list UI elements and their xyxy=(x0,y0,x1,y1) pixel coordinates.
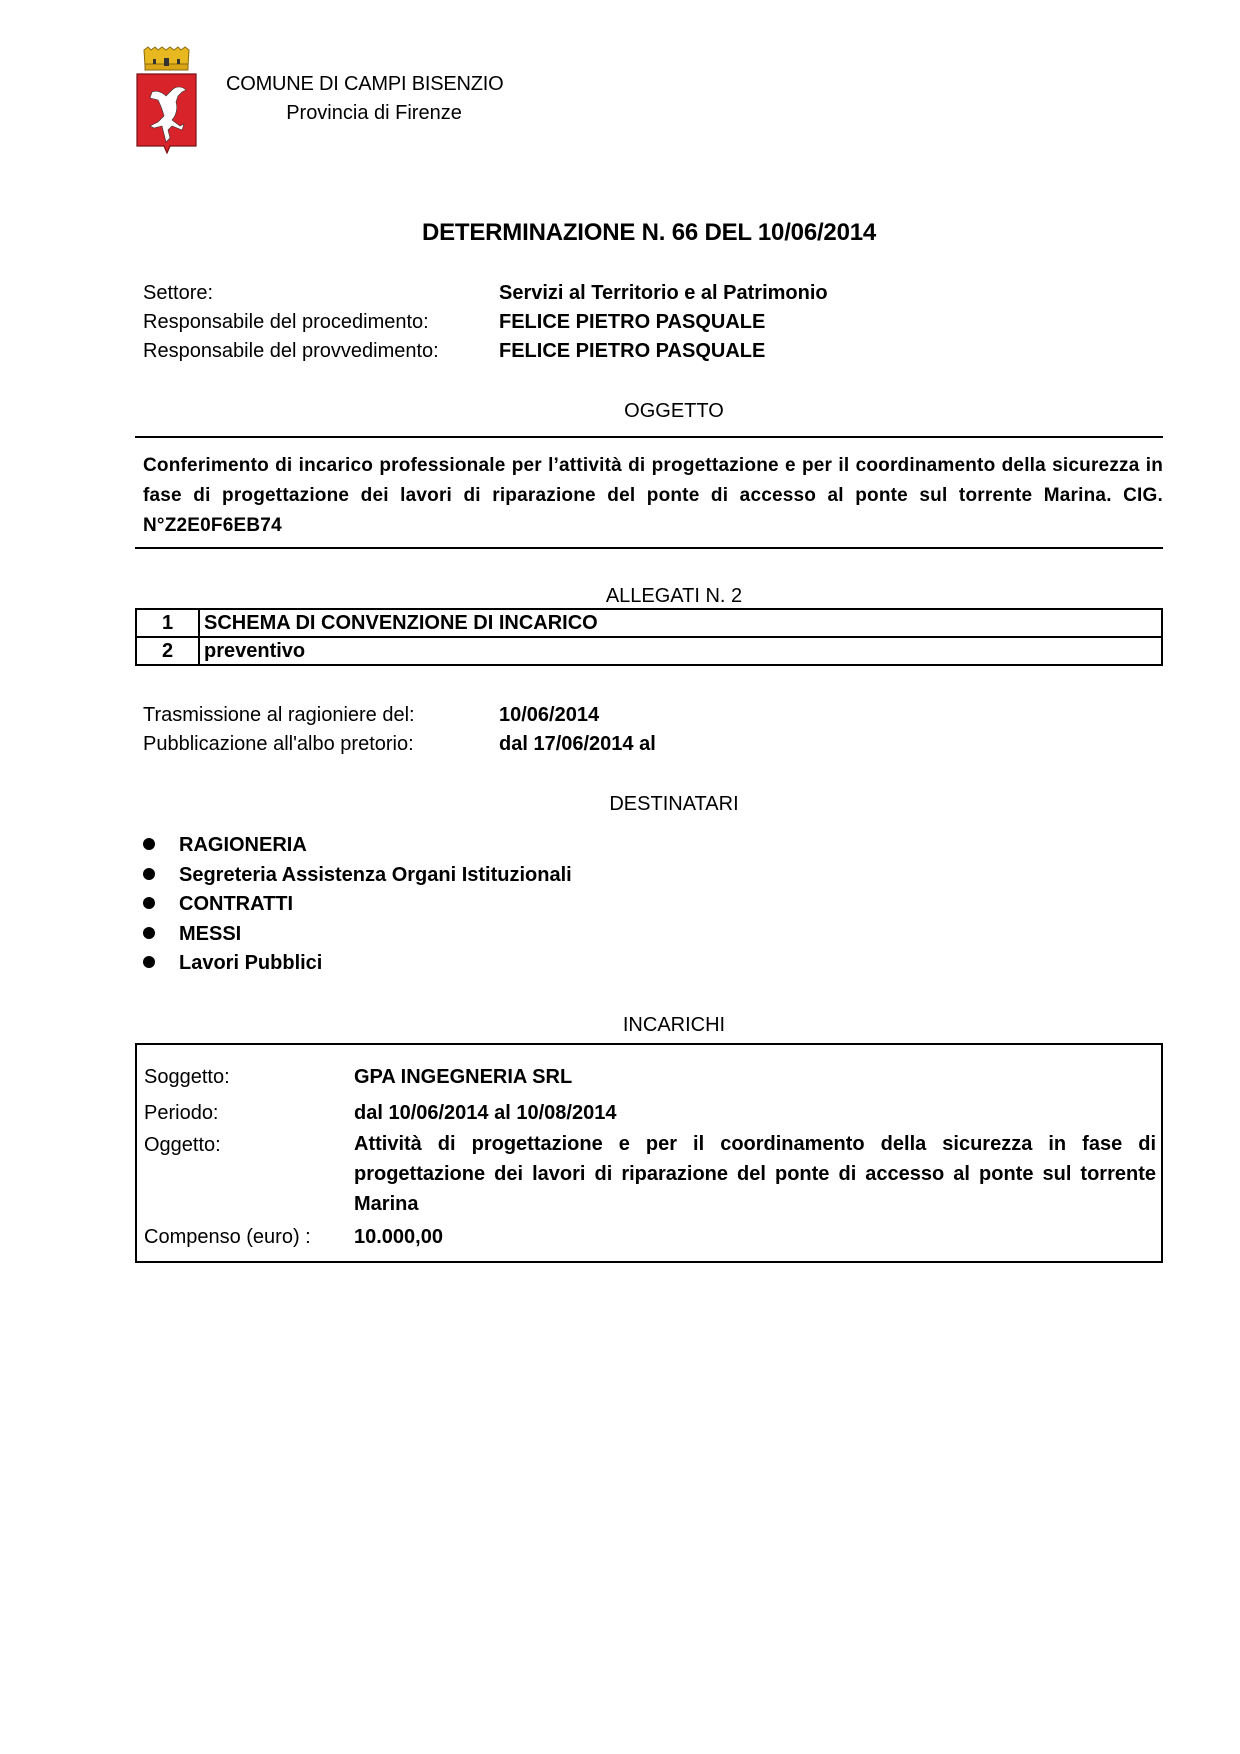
divider xyxy=(135,547,1163,549)
info-label: Responsabile del provvedimento: xyxy=(143,340,439,363)
bullet-icon xyxy=(143,838,155,850)
incarichi-box: Soggetto: GPA INGEGNERIA SRL Periodo: da… xyxy=(135,1043,1163,1263)
bullet-icon xyxy=(143,897,155,909)
info-value: FELICE PIETRO PASQUALE xyxy=(499,340,765,363)
date-label: Trasmissione al ragioniere del: xyxy=(143,704,415,727)
destinatario-label: Segreteria Assistenza Organi Istituziona… xyxy=(179,864,572,887)
allegato-description[interactable]: SCHEMA DI CONVENZIONE DI INCARICO xyxy=(199,609,1162,637)
allegato-number: 1 xyxy=(136,609,199,637)
incarico-value: 10.000,00 xyxy=(354,1226,443,1249)
allegati-table: 1 SCHEMA DI CONVENZIONE DI INCARICO 2 pr… xyxy=(135,608,1163,666)
incarico-value: dal 10/06/2014 al 10/08/2014 xyxy=(354,1102,616,1125)
incarico-label: Soggetto: xyxy=(144,1066,230,1089)
incarico-label: Compenso (euro) : xyxy=(144,1226,311,1249)
incarico-value: GPA INGEGNERIA SRL xyxy=(354,1066,572,1089)
org-name: COMUNE DI CAMPI BISENZIO xyxy=(226,73,503,96)
bullet-icon xyxy=(143,868,155,880)
allegato-description[interactable]: preventivo xyxy=(199,637,1162,665)
info-label: Responsabile del procedimento: xyxy=(143,311,429,334)
table-row: 1 SCHEMA DI CONVENZIONE DI INCARICO xyxy=(136,609,1162,637)
date-label: Pubblicazione all'albo pretorio: xyxy=(143,733,414,756)
incarico-label: Oggetto: xyxy=(144,1134,221,1157)
destinatari-heading: DESTINATARI xyxy=(135,793,1163,816)
destinatario-label: RAGIONERIA xyxy=(179,834,307,857)
destinatario-label: CONTRATTI xyxy=(179,893,293,916)
crown-icon xyxy=(144,47,189,70)
date-value: 10/06/2014 xyxy=(499,704,599,727)
document-title: DETERMINAZIONE N. 66 DEL 10/06/2014 xyxy=(0,219,1240,247)
incarichi-heading: INCARICHI xyxy=(135,1014,1163,1037)
destinatario-label: MESSI xyxy=(179,923,241,946)
incarico-label: Periodo: xyxy=(144,1102,219,1125)
comune-coat-of-arms-icon xyxy=(136,46,198,154)
table-row: 2 preventivo xyxy=(136,637,1162,665)
allegato-number: 2 xyxy=(136,637,199,665)
date-value: dal 17/06/2014 al xyxy=(499,733,656,756)
allegati-heading: ALLEGATI N. 2 xyxy=(135,585,1163,608)
info-label: Settore: xyxy=(143,282,213,305)
divider xyxy=(135,436,1163,438)
incarico-value: Attività di progettazione e per il coord… xyxy=(354,1129,1156,1219)
oggetto-heading: OGGETTO xyxy=(135,400,1163,423)
bullet-icon xyxy=(143,956,155,968)
info-value: FELICE PIETRO PASQUALE xyxy=(499,311,765,334)
org-province: Provincia di Firenze xyxy=(226,102,522,125)
oggetto-text: Conferimento di incarico professionale p… xyxy=(143,451,1163,541)
destinatario-label: Lavori Pubblici xyxy=(179,952,322,975)
bullet-icon xyxy=(143,927,155,939)
info-value: Servizi al Territorio e al Patrimonio xyxy=(499,282,828,305)
